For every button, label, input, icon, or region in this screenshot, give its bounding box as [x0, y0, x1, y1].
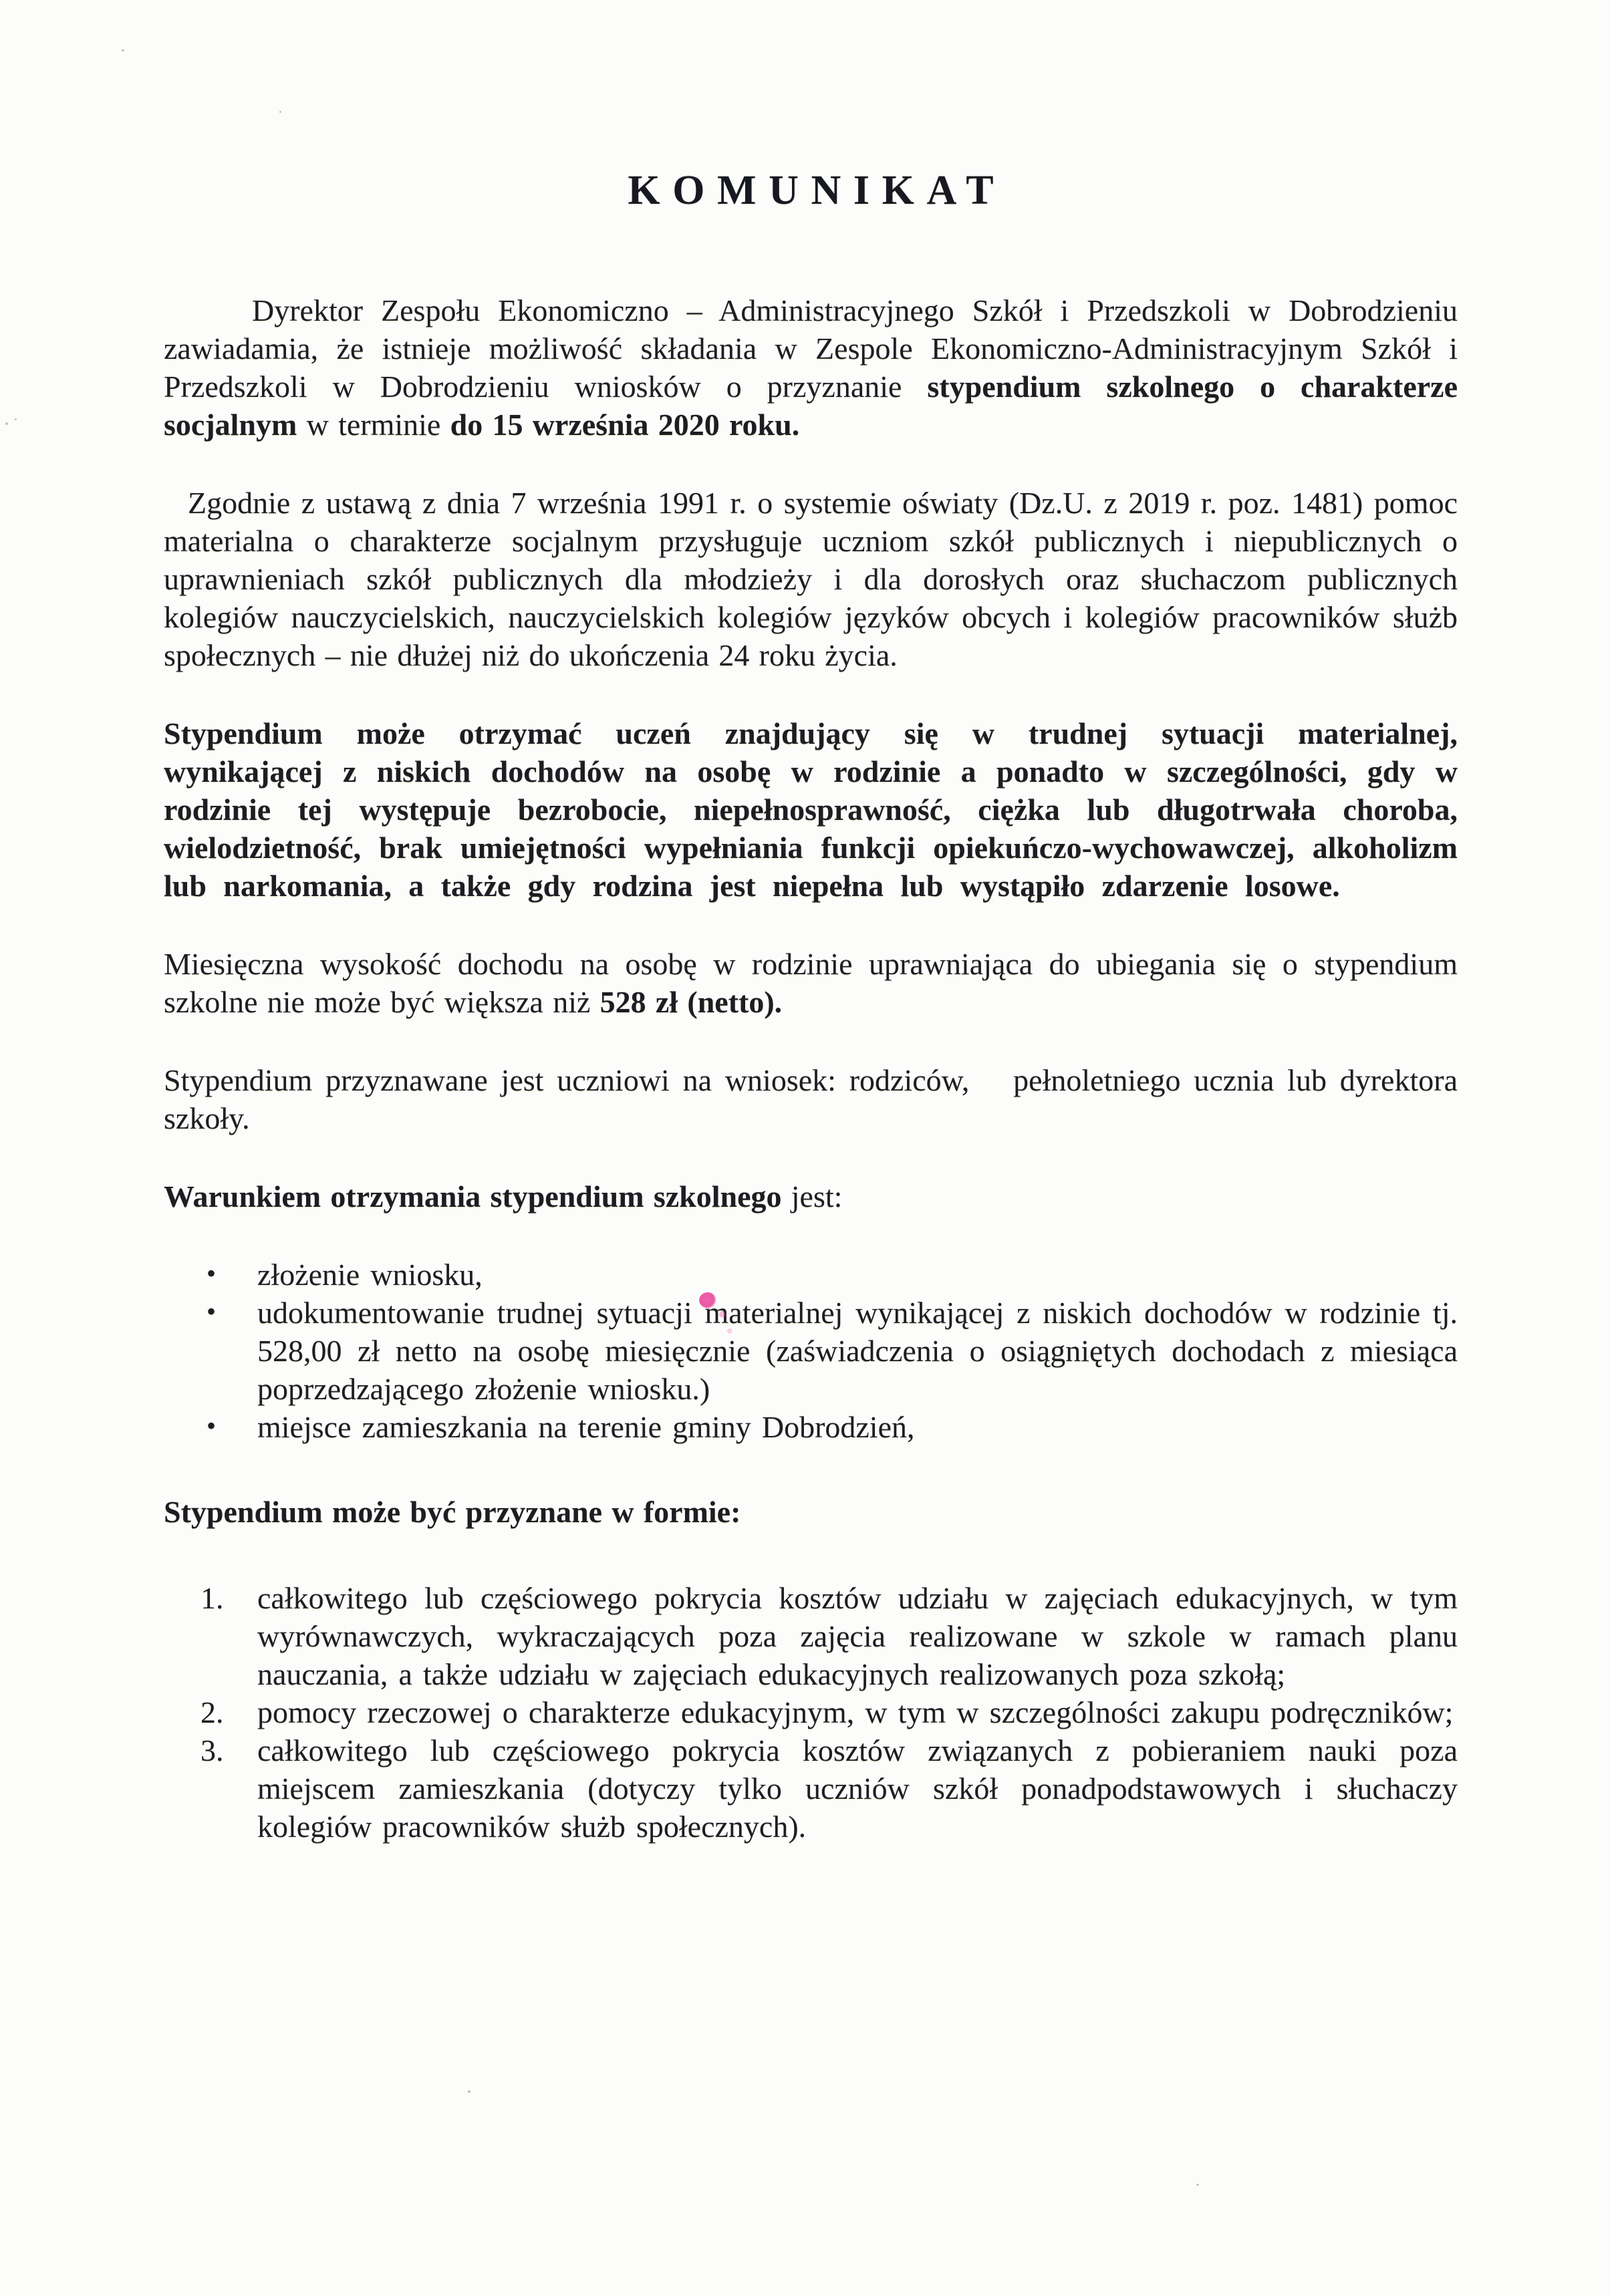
forms-list: 1. całkowitego lub częściowego pokrycia …	[164, 1579, 1458, 1846]
list-item-number: 3.	[200, 1731, 224, 1769]
text-run: jest:	[791, 1179, 843, 1213]
list-item-text: całkowitego lub częściowego pokrycia kos…	[257, 1581, 1458, 1691]
paragraph-income-limit: Miesięczna wysokość dochodu na osobę w r…	[164, 945, 1458, 1021]
list-item-number: 1.	[200, 1579, 224, 1617]
pink-ink-smudge-blob	[727, 1328, 732, 1334]
pink-ink-smudge-blob	[699, 1292, 716, 1308]
text-run-bold: Warunkiem otrzymania stypendium szkolneg…	[164, 1179, 791, 1213]
bullet-icon: •	[207, 1407, 216, 1445]
list-item: 2. pomocy rzeczowej o charakterze edukac…	[164, 1693, 1458, 1731]
list-item: • miejsce zamieszkania na terenie gminy …	[164, 1408, 1458, 1446]
list-item: 1. całkowitego lub częściowego pokrycia …	[164, 1579, 1458, 1693]
scanned-document-page: KOMUNIKAT Dyrektor Zespołu Ekonomiczno –…	[0, 0, 1610, 2296]
text-run-bold: 528 zł (netto).	[600, 985, 783, 1019]
conditions-list: • złożenie wniosku, • udokumentowanie tr…	[164, 1256, 1458, 1446]
scan-speck	[122, 49, 124, 51]
pink-ink-smudge-blob	[719, 1311, 726, 1318]
list-item-text: pomocy rzeczowej o charakterze edukacyjn…	[257, 1695, 1453, 1729]
paragraph-application: Stypendium przyznawane jest uczniowi na …	[164, 1061, 1458, 1137]
bullet-icon: •	[207, 1292, 216, 1330]
scan-speck	[15, 418, 17, 420]
scan-speck	[1196, 2184, 1199, 2186]
list-item: • udokumentowanie trudnej sytuacji mater…	[164, 1294, 1458, 1408]
list-item-text: złożenie wniosku,	[257, 1258, 483, 1292]
bullet-icon: •	[207, 1254, 216, 1292]
text-run-bold: do 15 września 2020 roku.	[450, 408, 800, 442]
scan-speck	[5, 422, 8, 425]
paragraph-intro: Dyrektor Zespołu Ekonomiczno – Administr…	[164, 291, 1458, 444]
paragraph-eligibility: Stypendium może otrzymać uczeń znajdując…	[164, 714, 1458, 905]
list-item-number: 2.	[200, 1693, 224, 1731]
scan-speck	[468, 2090, 471, 2093]
forms-heading: Stypendium może być przyznane w formie:	[164, 1493, 1458, 1531]
conditions-heading: Warunkiem otrzymania stypendium szkolneg…	[164, 1177, 1458, 1215]
list-item-text: całkowitego lub częściowego pokrycia kos…	[257, 1733, 1458, 1844]
document-content: KOMUNIKAT Dyrektor Zespołu Ekonomiczno –…	[164, 167, 1458, 1846]
list-item: • złożenie wniosku,	[164, 1256, 1458, 1294]
text-run: w terminie	[297, 408, 450, 442]
list-item: 3. całkowitego lub częściowego pokrycia …	[164, 1731, 1458, 1846]
text-run: Miesięczna wysokość dochodu na osobę w r…	[164, 947, 1458, 1019]
scan-speck	[279, 111, 281, 113]
list-item-text: miejsce zamieszkania na terenie gminy Do…	[257, 1410, 915, 1444]
list-item-text: udokumentowanie trudnej sytuacji materia…	[257, 1296, 1458, 1406]
document-title: KOMUNIKAT	[164, 167, 1458, 214]
paragraph-legal-basis: Zgodnie z ustawą z dnia 7 września 1991 …	[164, 484, 1458, 674]
